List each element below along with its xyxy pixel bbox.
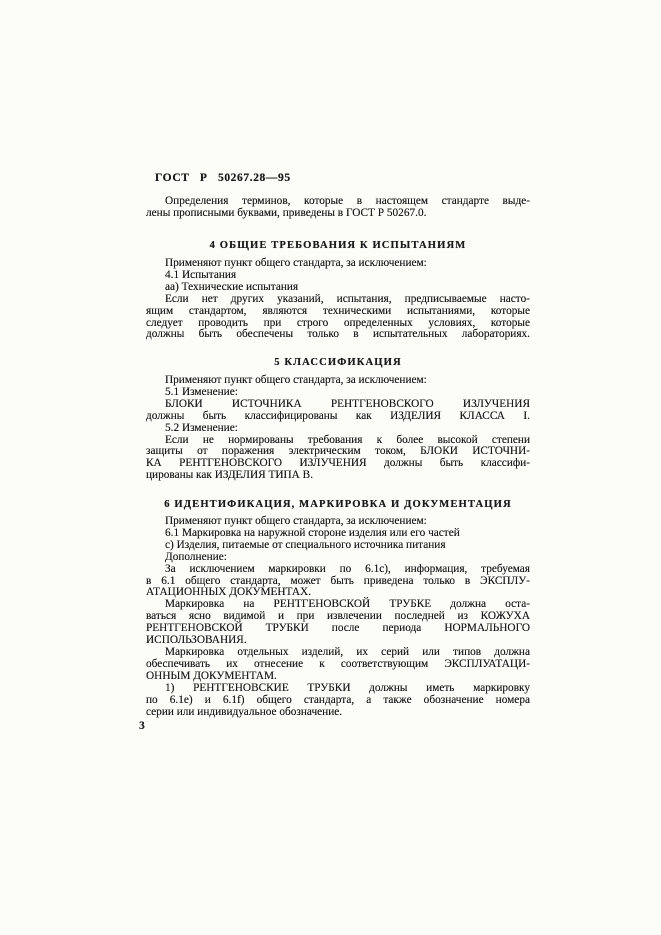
document-page: ГОСТ Р 50267.28—95 Определения терминов,… (0, 0, 661, 935)
section-body-4: Применяют пункт общего стандарта, за иск… (146, 258, 530, 341)
text-line: За исключением маркировки по 6.1с), инфо… (146, 564, 530, 576)
text-line: БЛОКИ ИСТОЧНИКА РЕНТГЕНОВСКОГО ИЗЛУЧЕНИЯ (146, 399, 530, 411)
text-line: серии или индивидуальное обозначение. (146, 707, 530, 719)
text-line: должны быть обеспечены только в испытате… (146, 329, 530, 341)
text-line: цированы как ИЗДЕЛИЯ ТИПА В. (146, 470, 530, 482)
text-line: аа) Технические испытания (146, 282, 530, 294)
text-line: обеспечивать их отнесение к соответствую… (146, 659, 530, 671)
text-line: 5.2 Изменение: (146, 423, 530, 435)
text-line: по 6.1e) и 6.1f) общего стандарта, а так… (146, 695, 530, 707)
intro-paragraph: Определения терминов, которые в настояще… (146, 196, 530, 220)
section-body-6: Применяют пункт общего стандарта, за иск… (146, 516, 530, 718)
section-body-5: Применяют пункт общего стандарта, за иск… (146, 375, 530, 482)
text-line: 1) РЕНТГЕНОВСКИЕ ТРУБКИ должны иметь мар… (146, 683, 530, 695)
page-number: 3 (139, 720, 145, 732)
running-header: ГОСТ Р 50267.28—95 (155, 172, 291, 184)
section-heading-5: 5 КЛАССИФИКАЦИЯ (146, 357, 530, 368)
text-line: должны быть классифицированы как ИЗДЕЛИЯ… (146, 411, 530, 423)
text-line: Если нет других указаний, испытания, пре… (146, 294, 530, 306)
text-line: ОННЫМ ДОКУМЕНТАМ. (146, 671, 530, 683)
text-line: лены прописными буквами, приведены в ГОС… (146, 208, 530, 220)
section-heading-6: 6 ИДЕНТИФИКАЦИЯ, МАРКИРОВКА И ДОКУМЕНТАЦ… (146, 499, 530, 510)
text-line: ящим стандартом, являются техническими и… (146, 306, 530, 318)
text-line: с) Изделия, питаемые от специального ист… (146, 540, 530, 552)
section-heading-4: 4 ОБЩИЕ ТРЕБОВАНИЯ К ИСПЫТАНИЯМ (146, 240, 530, 251)
text-line: Дополнение: (146, 552, 530, 564)
